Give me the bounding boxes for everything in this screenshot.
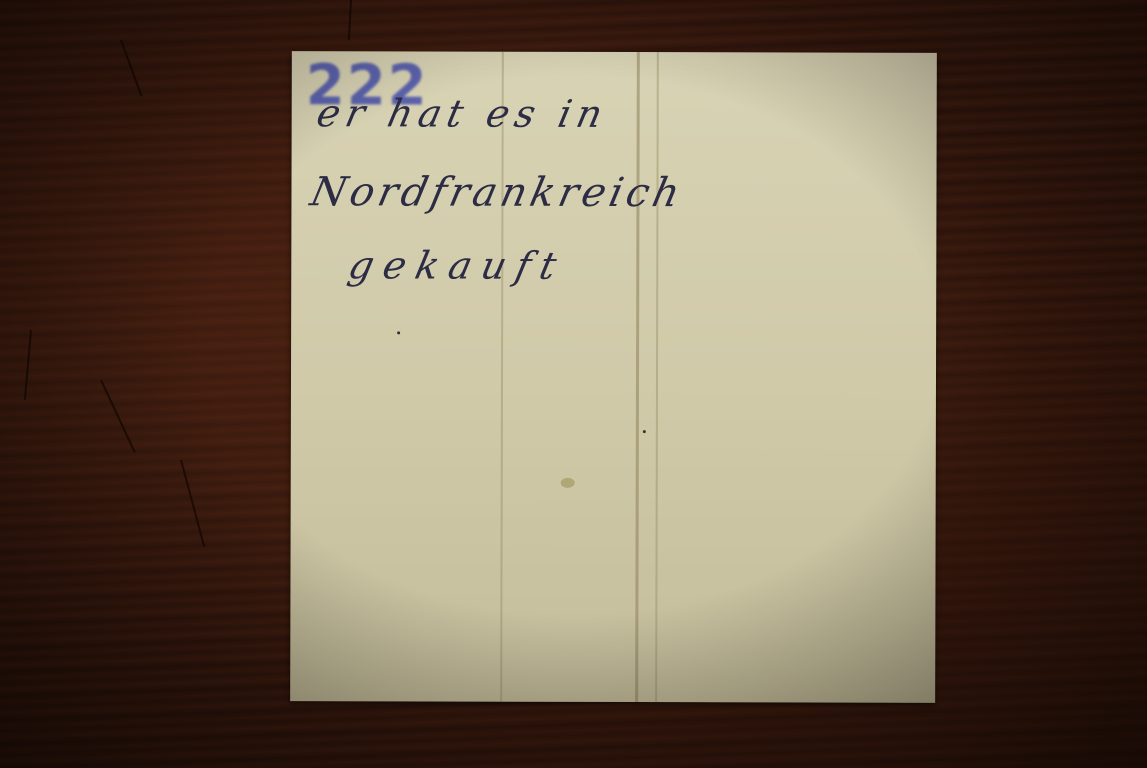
stain-spot: [561, 478, 575, 488]
wood-crack: [100, 380, 136, 453]
fold-crease: [500, 52, 504, 702]
wood-crack: [24, 330, 32, 400]
handwriting-line-2: Nordfrankreich: [307, 169, 688, 216]
wood-crack: [348, 0, 352, 40]
fold-crease: [635, 52, 640, 702]
handwriting-line-1: er hat es in: [313, 91, 612, 136]
handwriting-line-3: gekauft: [345, 243, 571, 288]
ink-dot: [397, 331, 400, 334]
wood-crack: [180, 460, 205, 547]
handwritten-note: 222 er hat es in Nordfrankreich gekauft: [290, 51, 937, 703]
fold-crease: [655, 52, 659, 702]
ink-dot: [643, 430, 646, 433]
wood-crack: [120, 40, 142, 97]
